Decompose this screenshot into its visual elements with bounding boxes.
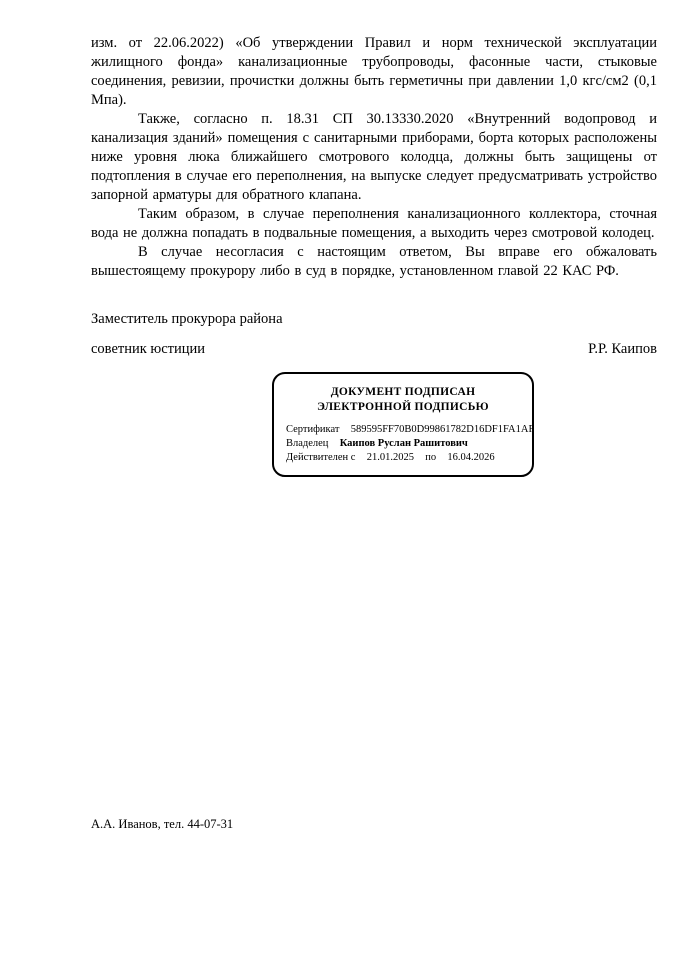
stamp-owner-row: Владелец Каипов Руслан Рашитович	[286, 437, 520, 451]
paragraph-appeal-rights: В случае несогласия с настоящим ответом,…	[91, 243, 657, 281]
document-body: изм. от 22.06.2022) «Об утверждении Прав…	[91, 34, 657, 477]
stamp-title-line2: ЭЛЕКТРОННОЙ ПОДПИСЬЮ	[286, 400, 520, 415]
owner-label: Владелец	[286, 438, 328, 449]
stamp-title: ДОКУМЕНТ ПОДПИСАН ЭЛЕКТРОННОЙ ПОДПИСЬЮ	[286, 385, 520, 415]
signer-position-line1: Заместитель прокурора района	[91, 310, 657, 329]
executor-contact-note: А.А. Иванов, тел. 44-07-31	[91, 816, 233, 832]
signer-name: Р.Р. Каипов	[588, 340, 657, 359]
electronic-signature-stamp: ДОКУМЕНТ ПОДПИСАН ЭЛЕКТРОННОЙ ПОДПИСЬЮ С…	[272, 372, 534, 477]
stamp-certificate-row: Сертификат 589595FF70B0D99861782D16DF1FA…	[286, 423, 520, 437]
certificate-value: 589595FF70B0D99861782D16DF1FA1AF	[351, 424, 535, 435]
paragraph-continuation: изм. от 22.06.2022) «Об утверждении Прав…	[91, 34, 657, 110]
stamp-validity-row: Действителен с 21.01.2025 по 16.04.2026	[286, 451, 520, 465]
validity-to-date: 16.04.2026	[447, 452, 494, 463]
paragraph-sp-30-13330: Также, согласно п. 18.31 СП 30.13330.202…	[91, 110, 657, 205]
certificate-label: Сертификат	[286, 424, 339, 435]
validity-to-label: по	[425, 452, 436, 463]
stamp-title-line1: ДОКУМЕНТ ПОДПИСАН	[286, 385, 520, 400]
validity-from-date: 21.01.2025	[367, 452, 414, 463]
signature-block: Заместитель прокурора района советник юс…	[91, 310, 657, 359]
validity-label: Действителен с	[286, 452, 355, 463]
signer-position-line2: советник юстиции	[91, 340, 205, 359]
stamp-details: Сертификат 589595FF70B0D99861782D16DF1FA…	[286, 423, 520, 465]
paragraph-conclusion: Таким образом, в случае переполнения кан…	[91, 205, 657, 243]
signer-position-row: советник юстиции Р.Р. Каипов	[91, 340, 657, 359]
owner-name: Каипов Руслан Рашитович	[340, 438, 468, 449]
